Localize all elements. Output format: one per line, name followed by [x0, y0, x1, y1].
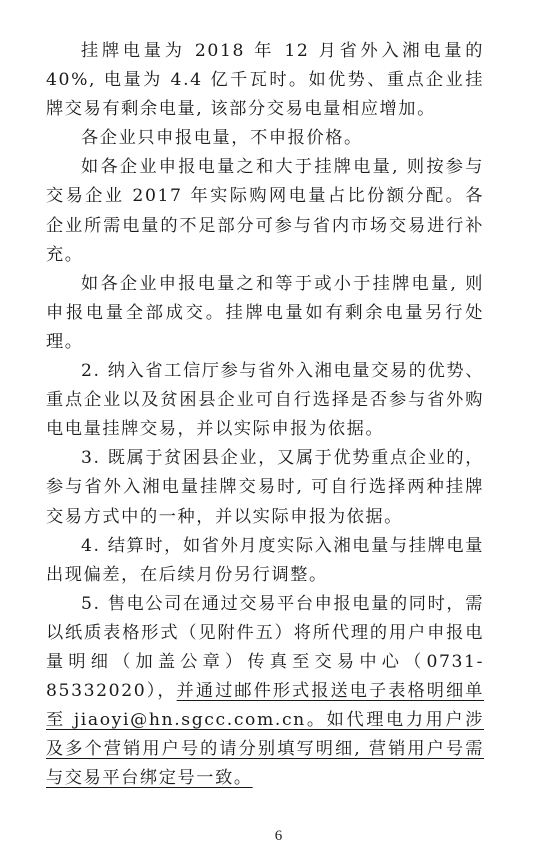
paragraph-item-3: 3. 既属于贫困县企业，又属于优势重点企业的，参与省外入湘电量挂牌交易时, 可自…: [46, 444, 484, 531]
paragraph-volume-only: 各企业只申报电量，不申报价格。: [46, 124, 484, 153]
paragraph-under-allocation: 如各企业申报电量之和等于或小于挂牌电量, 则申报电量全部成交。挂牌电量如有剩余电…: [46, 270, 484, 357]
page-number: 6: [0, 828, 557, 845]
paragraph-over-allocation: 如各企业申报电量之和大于挂牌电量, 则按参与交易企业 2017 年实际购网电量占…: [46, 153, 484, 269]
paragraph-item-5: 5. 售电公司在通过交易平台申报电量的同时，需以纸质表格形式（见附件五）将所代理…: [46, 590, 484, 794]
document-body: 挂牌电量为 2018 年 12 月省外入湘电量的 40%, 电量为 4.4 亿千…: [46, 37, 484, 793]
paragraph-item-4: 4. 结算时，如省外月度实际入湘电量与挂牌电量出现偏差，在后续月份另行调整。: [46, 532, 484, 590]
paragraph-item-2: 2. 纳入省工信厅参与省外入湘电量交易的优势、重点企业以及贫困县企业可自行选择是…: [46, 357, 484, 444]
paragraph-listing-volume: 挂牌电量为 2018 年 12 月省外入湘电量的 40%, 电量为 4.4 亿千…: [46, 37, 484, 124]
